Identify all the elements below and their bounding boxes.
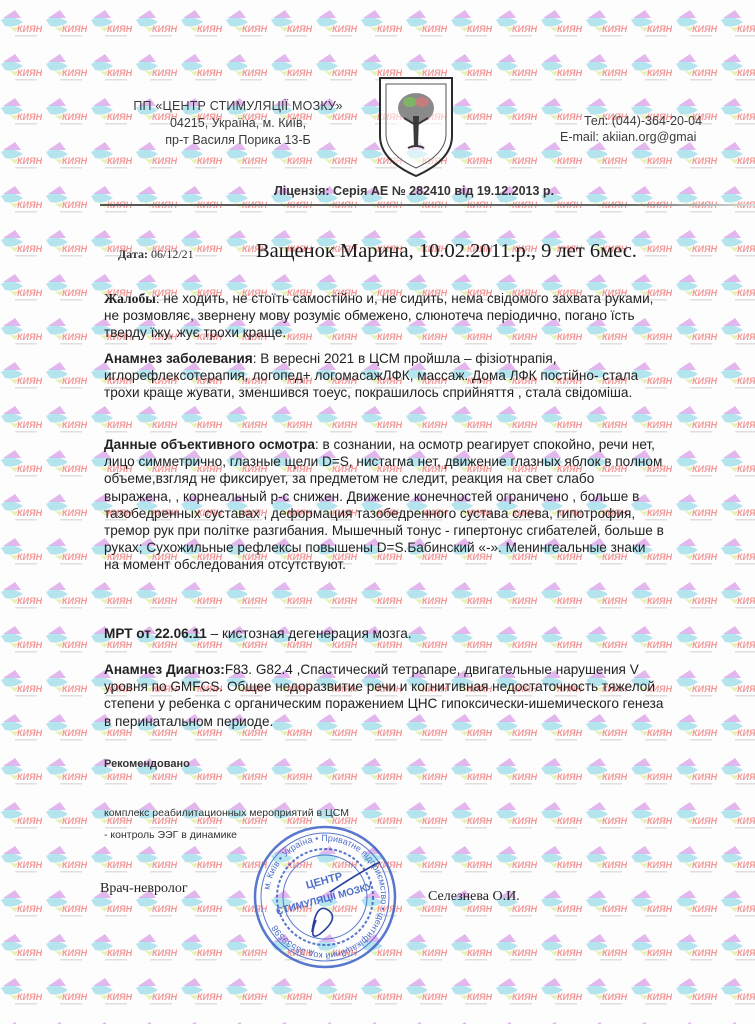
mri-section: МРТ от 22.06.11 – кистозная дегенерация … [104, 625, 664, 642]
recommendation-item: комплекс реабилитационных мероприятий в … [104, 807, 349, 819]
email-address: E-mail: akiian.org@gmai [560, 129, 755, 145]
organization-info: ПП «ЦЕНТР СТИМУЛЯЦІЇ МОЗКУ» 04215, Украї… [118, 98, 358, 149]
complaints-text: : не ходить, не стоїть самостійно и, не … [104, 291, 653, 340]
doctor-role: Врач-невролог [100, 881, 188, 897]
doctor-name: Селезнева О.И. [428, 889, 520, 905]
svg-text:ЦЕНТР: ЦЕНТР [305, 870, 344, 891]
official-stamp-icon: м. Київ • Україна • Приватне підприємств… [250, 822, 400, 972]
recommendation-item: - контроль ЭЭГ в динамике [104, 829, 237, 841]
visit-date: Дата: 06/12/21 [118, 247, 194, 262]
complaints-label: Жалобы [104, 291, 156, 306]
tree-shield-logo-icon [374, 74, 458, 178]
organization-name: ПП «ЦЕНТР СТИМУЛЯЦІЇ МОЗКУ» [118, 98, 358, 115]
complaints-section: Жалобы: не ходить, не стоїть самостійно … [104, 290, 664, 342]
address-line-1: 04215, Україна, м. Київ, [118, 115, 358, 132]
header-divider [100, 204, 755, 206]
examination-label: Данные объективного осмотра [104, 437, 315, 452]
date-value: 06/12/21 [151, 247, 194, 261]
medical-document-page: ПП «ЦЕНТР СТИМУЛЯЦІЇ МОЗКУ» 04215, Украї… [0, 0, 755, 1024]
diagnosis-label: Анамнез Диагноз: [104, 662, 225, 677]
contact-info: Тел: (044)-364-20-04 E-mail: akiian.org@… [560, 113, 755, 145]
date-label: Дата: [118, 247, 148, 261]
examination-text: : в сознании, на осмотр реагирует спокой… [104, 437, 664, 572]
mri-label: МРТ от 22.06.11 [104, 626, 207, 641]
recommendations-label: Рекомендовано [104, 758, 190, 770]
license-info: Ліцензія: Серія АЕ № 282410 від 19.12.20… [274, 184, 554, 198]
mri-text: – кистозная дегенерация мозга. [207, 626, 412, 641]
examination-section: Данные объективного осмотра: в сознании,… [104, 436, 664, 574]
address-line-2: пр-т Василя Порика 13-Б [118, 132, 358, 149]
anamnesis-section: Анамнез заболевания: В вересні 2021 в ЦС… [104, 350, 664, 402]
patient-heading: Ващенок Марина, 10.02.2011.р., 9 лет 6ме… [256, 240, 637, 263]
anamnesis-label: Анамнез заболевания [104, 351, 253, 366]
phone-number: Тел: (044)-364-20-04 [560, 113, 755, 129]
diagnosis-section: Анамнез Диагноз:F83. G82.4 ,Спастический… [104, 661, 664, 730]
